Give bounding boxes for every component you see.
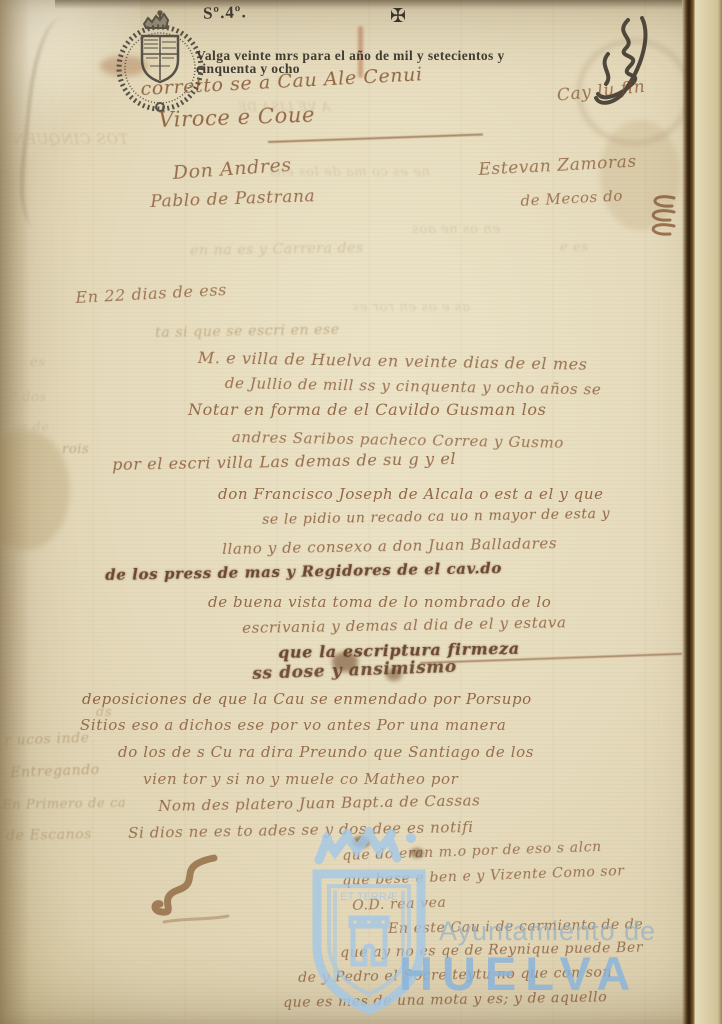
ink-blot bbox=[410, 848, 424, 858]
aging-patch bbox=[0, 430, 70, 550]
handwritten-line: M. e villa de Huelva en veinte dias de e… bbox=[198, 348, 588, 374]
handwritten-line: Notar en forma de el Cavildo Gusman los bbox=[188, 400, 546, 419]
next-page-edge-shadow bbox=[718, 0, 722, 1024]
scroll-flourish-icon bbox=[630, 190, 682, 244]
handwritten-line: P dos bbox=[8, 390, 47, 405]
printed-tax-header: Valga veinte mrs para el año de mil y se… bbox=[196, 49, 591, 75]
page-binding-edge bbox=[682, 0, 695, 1024]
ink-blot bbox=[352, 836, 370, 848]
handwritten-line: de Escanos bbox=[6, 827, 92, 844]
handwritten-line: de Mecos do bbox=[520, 187, 623, 210]
handwritten-line: que ay no es qe de Reynique puede Ber bbox=[340, 940, 643, 961]
handwritten-line: que do eran m.o por de eso s alcn bbox=[342, 839, 602, 864]
ink-blot bbox=[386, 668, 402, 681]
handwritten-line: en os ne aos bbox=[412, 222, 500, 237]
handwritten-line: ne es co ma de los ens bbox=[269, 165, 430, 180]
top-page-edge-shadow bbox=[55, 0, 682, 9]
left-page-edge-shadow bbox=[0, 0, 30, 1024]
handwritten-line: que es mes de una mota y es; y de aquell… bbox=[283, 989, 607, 1011]
handwritten-line: Don Andres bbox=[172, 154, 292, 184]
watermark-city-text: HUELVA bbox=[399, 946, 639, 1001]
handwritten-line: En este Cau i de carmiento de de bbox=[388, 917, 644, 937]
seal-class-label: Sº.4º. bbox=[203, 2, 247, 24]
handwritten-line: don Francisco Joseph de Alcala o est a e… bbox=[218, 485, 604, 503]
handwritten-line: de buena vista toma de lo nombrado de lo bbox=[208, 593, 551, 611]
handwritten-line: de los press de mas y Regidores de el ca… bbox=[105, 559, 502, 584]
maltese-cross-icon: ✠ bbox=[390, 5, 406, 27]
handwritten-line: Entregando bbox=[10, 762, 100, 781]
notarial-rubric-icon bbox=[584, 14, 670, 114]
handwritten-line: escrivania y demas al dia de el y estava bbox=[242, 613, 567, 637]
handwritten-line: Si dios ne es to ades se y dos dee es no… bbox=[128, 818, 474, 842]
handwritten-line: deposiciones de que la Cau se enmendado … bbox=[82, 690, 532, 708]
handwritten-line: que la escriptura firmeza bbox=[278, 639, 520, 662]
ink-rule bbox=[268, 133, 483, 143]
handwritten-line: Nom des platero Juan Bapt.a de Cassas bbox=[158, 791, 481, 815]
scan-vignette bbox=[0, 0, 722, 1024]
watermark-motto: ET TERRÆ bbox=[340, 891, 398, 903]
handwritten-line: que bese e ben e y Vizente Como sor bbox=[342, 863, 625, 889]
ink-blot bbox=[332, 652, 358, 672]
handwritten-line: ds bbox=[96, 705, 112, 720]
watermark-org-text: Ayuntamiento de bbox=[439, 916, 656, 947]
handwritten-line: ta si que se escri en ese bbox=[155, 322, 340, 341]
handwritten-line: TOS CINQUENTA Y QUATRO bbox=[0, 132, 128, 148]
handwritten-line: as e os en ror es bbox=[352, 300, 470, 315]
handwritten-line: e es bbox=[560, 240, 589, 255]
handwritten-line: En Primero de ca bbox=[2, 796, 126, 813]
handwritten-line: en na es y Carrera des bbox=[190, 240, 364, 259]
handwritten-line: de y Pedro el Socre teytu no que con son bbox=[298, 965, 612, 986]
printed-header-line2: cinquenta y ocho bbox=[196, 62, 591, 75]
handwritten-line: es bbox=[30, 355, 46, 370]
handwritten-line: do los de s Cu ra dira Preundo que Santi… bbox=[118, 743, 534, 761]
handwritten-line: de Jullio de mill ss y cinquenta y ocho … bbox=[225, 374, 602, 399]
handwritten-line: Estevan Zamoras bbox=[478, 152, 637, 180]
handwritten-line: rois bbox=[62, 442, 89, 457]
archive-watermark: ET TERRÆ Ayuntamiento de HUELVA bbox=[293, 816, 673, 1024]
royal-seal-stamp-icon bbox=[114, 10, 206, 116]
handwritten-line: por el escri villa Las demas de su g y e… bbox=[112, 449, 456, 474]
handwritten-line: llano y de consexo a don Juan Balladares bbox=[222, 534, 557, 558]
marginal-flourish-icon bbox=[144, 852, 244, 938]
manuscript-page-scan: Sº.4º. ✠ Valga veinte mrs para el año de… bbox=[0, 0, 722, 1024]
handwritten-line: A VE LISA DE bbox=[237, 100, 330, 114]
handwritten-line: Pablo de Pastrana bbox=[150, 186, 316, 212]
handwritten-line: andres Saribos pacheco Correa y Gusmo bbox=[232, 428, 564, 452]
handwritten-line: O.D. rea vea bbox=[352, 895, 447, 914]
huelva-shield-icon: ET TERRÆ bbox=[299, 822, 439, 1022]
handwritten-line: ss dose y ansimismo bbox=[252, 657, 457, 684]
handwritten-line: vien tor y si no y muele co Matheo por bbox=[143, 770, 458, 788]
handwritten-line: os de bbox=[12, 420, 50, 435]
paper-crease bbox=[15, 15, 100, 230]
paper-texture bbox=[0, 0, 722, 1024]
handwritten-line: En 22 dias de ess bbox=[75, 280, 227, 307]
ink-rule bbox=[420, 653, 682, 664]
handwritten-line: Sitios eso a dichos ese por vo antes Por… bbox=[80, 716, 506, 734]
handwritten-line: r ucos inde bbox=[4, 730, 90, 749]
handwritten-line: se le pidio un recado ca uo n mayor de e… bbox=[262, 506, 610, 528]
